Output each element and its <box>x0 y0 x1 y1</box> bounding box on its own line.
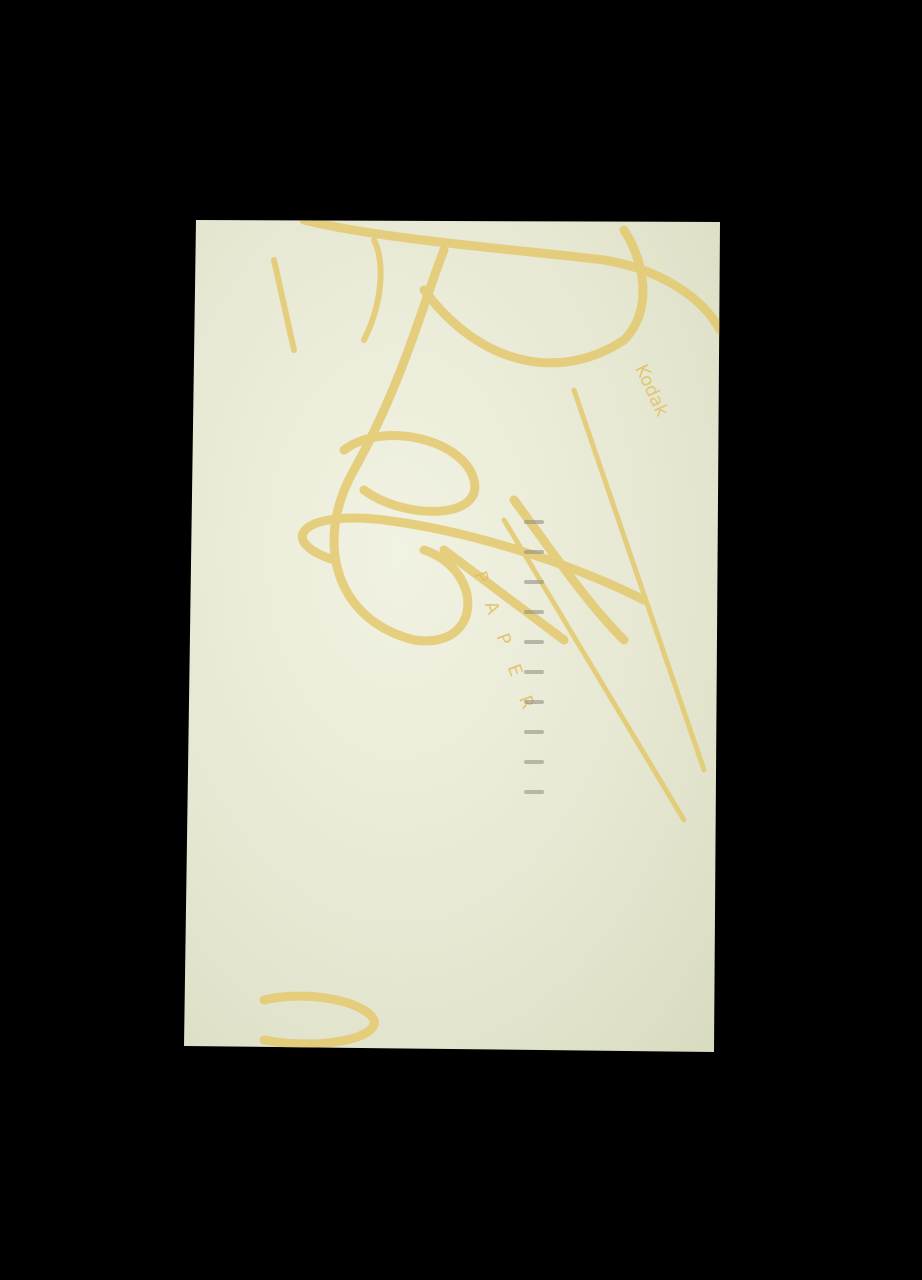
faded-stamp-marks <box>524 520 548 1020</box>
photo-print-back: Kodak PAPER <box>184 220 720 1052</box>
watermark-script <box>184 220 720 1052</box>
